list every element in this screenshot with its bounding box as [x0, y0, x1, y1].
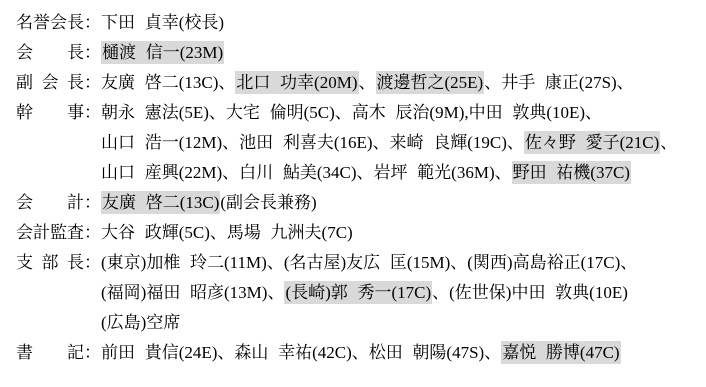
roster-row: (福岡)福田 昭彦(13M)、(長崎)郭 秀一(17C)、(佐世保)中田 敦典(…: [16, 278, 702, 308]
roster: 名誉会長：下田 貞幸(校長)会長：樋渡 信一(23M)副会長：友廣 啓二(13C…: [16, 8, 702, 368]
roster-document: 名誉会長：下田 貞幸(校長)会長：樋渡 信一(23M)副会長：友廣 啓二(13C…: [0, 0, 706, 387]
member-list: 山口 浩一(12M)、池田 利喜夫(16E)、来崎 良輝(19C)、佐々野 愛子…: [101, 131, 677, 154]
member-text: 、井手 康正(27S)、: [484, 73, 633, 92]
colon-separator: ：: [84, 38, 101, 68]
roster-row: 副会長：友廣 啓二(13C)、北口 功幸(20M)、渡邊哲之(25E)、井手 康…: [16, 68, 702, 98]
colon-separator: ：: [84, 248, 101, 278]
member-list: 朝永 憲法(5E)、大宅 倫明(5C)、高木 辰治(9M),中田 敦典(10E)…: [101, 103, 602, 122]
colon-separator: ：: [84, 218, 101, 248]
role-label: 幹事: [16, 98, 84, 128]
colon-separator: ：: [84, 338, 101, 368]
roster-row: 会計監査：大谷 政輝(5C)、馬場 九洲夫(7C): [16, 218, 702, 248]
member-list: 下田 貞幸(校長): [101, 13, 224, 32]
roster-row: 会長：樋渡 信一(23M): [16, 38, 702, 68]
highlighted-member: 佐々野 愛子(21C): [524, 131, 660, 154]
colon-separator: ：: [84, 8, 101, 38]
member-list: (東京)加椎 玲二(11M)、(名古屋)友広 匡(15M)、(関西)高島裕正(1…: [101, 253, 637, 272]
member-text: 前田 貴信(24E)、森山 幸祐(42C)、松田 朝陽(47S)、: [101, 343, 501, 362]
member-text: 大谷 政輝(5C)、馬場 九洲夫(7C): [101, 223, 353, 242]
roster-row: 名誉会長：下田 貞幸(校長): [16, 8, 702, 38]
roster-row: 山口 浩一(12M)、池田 利喜夫(16E)、来崎 良輝(19C)、佐々野 愛子…: [16, 128, 702, 158]
member-list: (広島)空席: [101, 313, 180, 332]
member-text: 山口 産興(22M)、白川 鮎美(34C)、岩坪 範光(36M)、: [101, 163, 512, 182]
member-list: 樋渡 信一(23M): [101, 41, 224, 64]
role-label: 会計監査: [16, 218, 84, 248]
member-list: 前田 貴信(24E)、森山 幸祐(42C)、松田 朝陽(47S)、嘉悦 勝博(4…: [101, 341, 621, 364]
member-list: 大谷 政輝(5C)、馬場 九洲夫(7C): [101, 223, 353, 242]
member-text: (福岡)福田 昭彦(13M)、: [101, 283, 284, 302]
role-label: 支部長: [16, 248, 84, 278]
member-list: (福岡)福田 昭彦(13M)、(長崎)郭 秀一(17C)、(佐世保)中田 敦典(…: [101, 281, 628, 304]
member-list: 友廣 啓二(13C)(副会長兼務): [101, 191, 317, 214]
member-text: 山口 浩一(12M)、池田 利喜夫(16E)、来崎 良輝(19C)、: [101, 133, 524, 152]
member-text: 、: [359, 73, 376, 92]
highlighted-member: 樋渡 信一(23M): [101, 41, 224, 64]
highlighted-member: 野田 祐機(37C): [512, 161, 631, 184]
highlighted-member: 渡邊哲之(25E): [376, 71, 485, 94]
roster-row: 山口 産興(22M)、白川 鮎美(34C)、岩坪 範光(36M)、野田 祐機(3…: [16, 158, 702, 188]
roster-row: 支部長：(東京)加椎 玲二(11M)、(名古屋)友広 匡(15M)、(関西)高島…: [16, 248, 702, 278]
member-text: (東京)加椎 玲二(11M)、(名古屋)友広 匡(15M)、(関西)高島裕正(1…: [101, 253, 637, 272]
colon-separator: ：: [84, 188, 101, 218]
roster-row: 会計：友廣 啓二(13C)(副会長兼務): [16, 188, 702, 218]
roster-row: (広島)空席: [16, 308, 702, 338]
role-label: 書記: [16, 338, 84, 368]
role-label: 副会長: [16, 68, 84, 98]
member-list: 山口 産興(22M)、白川 鮎美(34C)、岩坪 範光(36M)、野田 祐機(3…: [101, 161, 631, 184]
member-text: (広島)空席: [101, 313, 180, 332]
member-text: (副会長兼務): [220, 193, 316, 212]
member-text: 、(佐世保)中田 敦典(10E): [432, 283, 628, 302]
role-label: 会長: [16, 38, 84, 68]
member-text: 友廣 啓二(13C)、: [101, 73, 235, 92]
colon-separator: ：: [84, 98, 101, 128]
highlighted-member: 北口 功幸(20M): [235, 71, 358, 94]
roster-row: 幹事：朝永 憲法(5E)、大宅 倫明(5C)、高木 辰治(9M),中田 敦典(1…: [16, 98, 702, 128]
role-label: 名誉会長: [16, 8, 84, 38]
member-text: 下田 貞幸(校長): [101, 13, 224, 32]
member-text: 、: [660, 133, 677, 152]
role-label: 会計: [16, 188, 84, 218]
highlighted-member: 嘉悦 勝博(47C): [501, 341, 620, 364]
colon-separator: ：: [84, 68, 101, 98]
highlighted-member: 友廣 啓二(13C): [101, 191, 220, 214]
roster-row: 書記：前田 貴信(24E)、森山 幸祐(42C)、松田 朝陽(47S)、嘉悦 勝…: [16, 338, 702, 368]
highlighted-member: (長崎)郭 秀一(17C): [284, 281, 432, 304]
member-list: 友廣 啓二(13C)、北口 功幸(20M)、渡邊哲之(25E)、井手 康正(27…: [101, 71, 634, 94]
member-text: 朝永 憲法(5E)、大宅 倫明(5C)、高木 辰治(9M),中田 敦典(10E)…: [101, 103, 602, 122]
